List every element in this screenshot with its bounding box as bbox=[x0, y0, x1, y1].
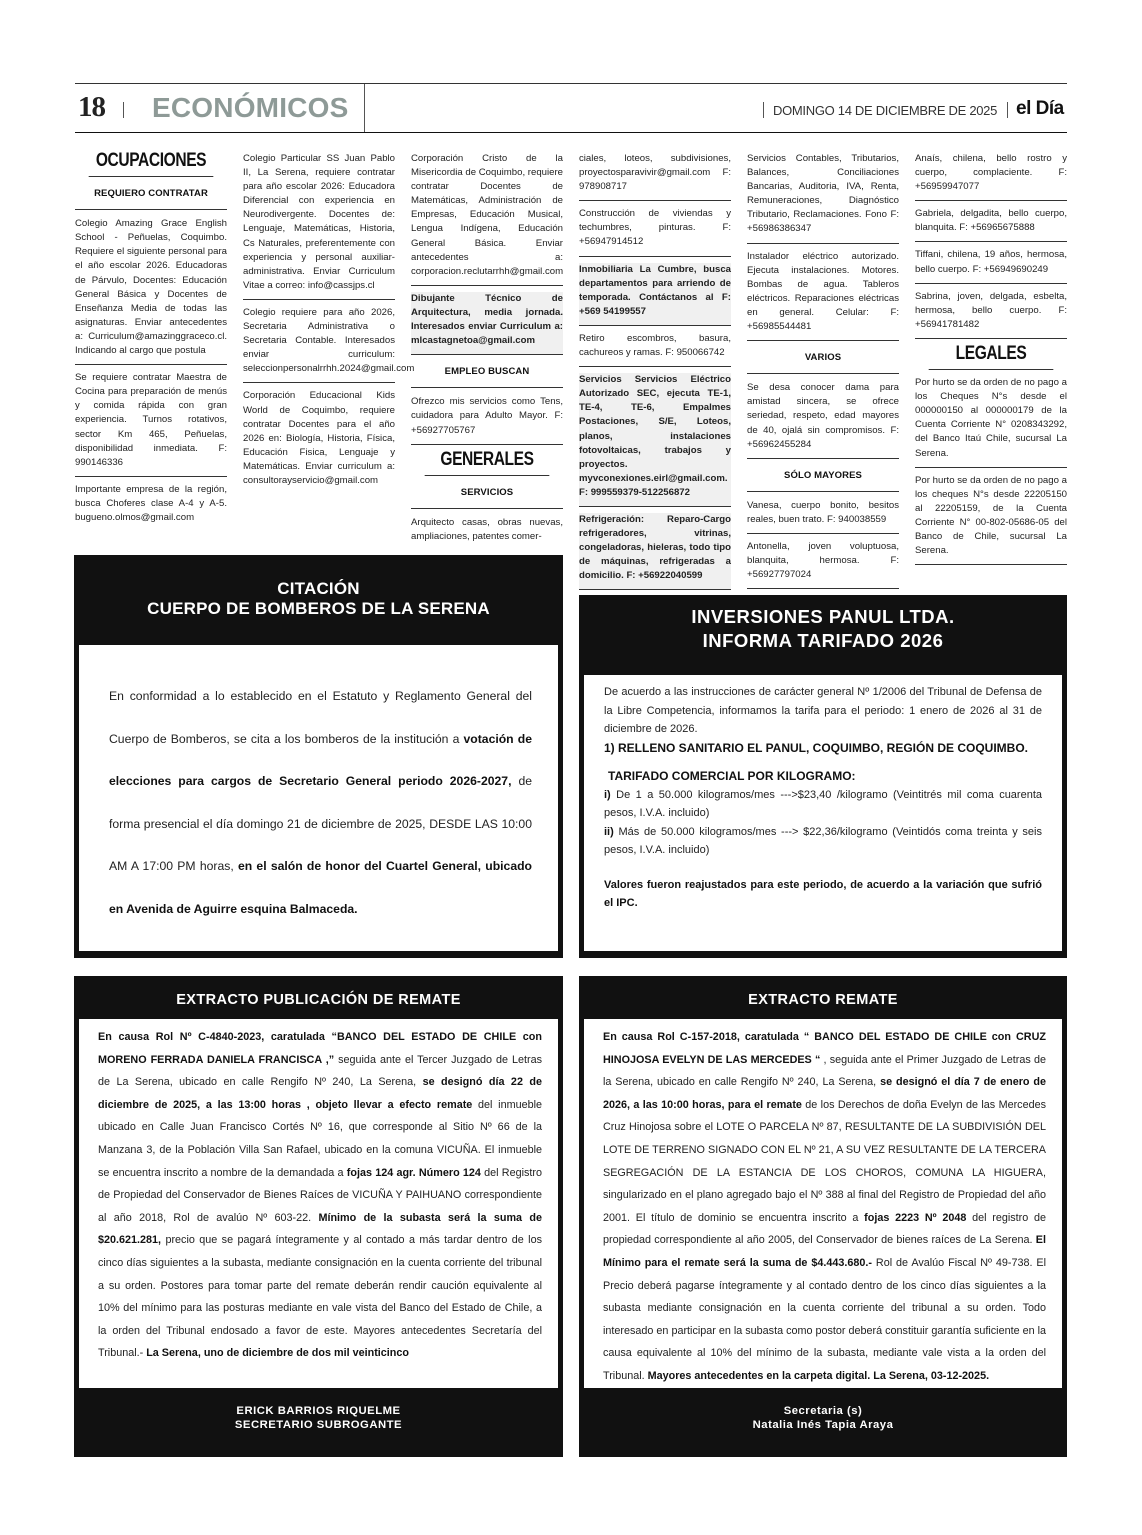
notice-title: EXTRACTO PUBLICACIÓN DE REMATE bbox=[74, 991, 563, 1009]
classified-ad: Retiro escombros, basura, cachureos y ra… bbox=[579, 332, 731, 367]
classified-ad: Se requiere contratar Maestra de Cocina … bbox=[75, 371, 227, 477]
signer-name: Natalia Inés Tapia Araya bbox=[579, 1418, 1067, 1432]
classified-ad: Instalador eléctrico autorizado. Ejecuta… bbox=[747, 250, 899, 342]
notice-text-bold: fojas 2223 Nº 2048 bbox=[864, 1212, 966, 1224]
notice-text-bold: fojas 124 agr. Número 124 bbox=[347, 1167, 481, 1179]
classified-ad: Antonella, joven voluptuosa, blanquita, … bbox=[747, 540, 899, 589]
tier-text: Más de 50.000 kilogramos/mes ---> $22,36… bbox=[604, 826, 1042, 857]
notice-text-bold: La Serena, uno de diciembre de dos mil v… bbox=[146, 1347, 409, 1359]
page-header: 18 ECONÓMICOS DOMINGO 14 DE DICIEMBRE DE… bbox=[75, 83, 1067, 133]
classified-ad: Construcción de viviendas y techumbres, … bbox=[579, 207, 731, 256]
subcategory-heading-servicios: SERVICIOS bbox=[411, 482, 563, 509]
divider bbox=[1007, 102, 1008, 118]
divider bbox=[763, 102, 764, 118]
issue-date: DOMINGO 14 DE DICIEMBRE DE 2025 bbox=[773, 103, 997, 118]
notice-footer: Valores fueron reajustados para este per… bbox=[604, 876, 1042, 913]
signer-title: Secretaria (s) bbox=[579, 1404, 1067, 1418]
notice-title-line: INVERSIONES PANUL LTDA. bbox=[579, 605, 1067, 629]
notice-text-bold: Mayores antecedentes en la carpeta digit… bbox=[648, 1370, 989, 1382]
category-heading-legales: LEGALES bbox=[929, 345, 1054, 370]
tier-text: De 1 a 50.000 kilogramos/mes --->$23,40 … bbox=[604, 789, 1042, 820]
classified-ad: Arquitecto casas, obras nuevas, ampliaci… bbox=[411, 516, 563, 550]
tariff-tier-2: ii) Más de 50.000 kilogramos/mes ---> $2… bbox=[604, 823, 1042, 860]
notice-title-line: CUERPO DE BOMBEROS DE LA SERENA bbox=[74, 599, 563, 619]
classified-ad: Por hurto se da orden de no pago a los C… bbox=[915, 376, 1067, 468]
classifieds-column-3: Corporación Cristo de la Misericordia de… bbox=[411, 152, 563, 556]
classifieds-column-4: ciales, loteos, subdivisiones, proyectos… bbox=[579, 152, 731, 596]
notice-signature: ERICK BARRIOS RIQUELME SECRETARIO SUBROG… bbox=[74, 1404, 563, 1432]
classified-ad: Tiffani, chilena, 19 años, hermosa, bell… bbox=[915, 248, 1067, 283]
classified-ad: Sabrina, joven, delgada, esbelta, hermos… bbox=[915, 290, 1067, 339]
category-heading-generales: GENERALES bbox=[425, 451, 550, 476]
section-title: ECONÓMICOS bbox=[152, 92, 348, 124]
classified-ad-highlighted: Inmobiliaria La Cumbre, busca departamen… bbox=[579, 263, 731, 326]
classified-ad: Vanesa, cuerpo bonito, besitos reales, b… bbox=[747, 499, 899, 534]
classified-ad: Gabriela, delgadita, bello cuerpo, blanq… bbox=[915, 207, 1067, 242]
notice-body: En conformidad a lo establecido en el Es… bbox=[79, 645, 558, 951]
classifieds-column-6: Anaís, chilena, bello rostro y cuerpo, c… bbox=[915, 152, 1067, 571]
notice-text: Rol de Avalúo Fiscal Nº 49-738. El Preci… bbox=[603, 1257, 1046, 1382]
notice-extracto-remate: EXTRACTO REMATE En causa Rol C-157-2018,… bbox=[579, 976, 1067, 1457]
subcategory-heading-requiero-contratar: REQUIERO CONTRATAR bbox=[75, 183, 227, 210]
signer-title: SECRETARIO SUBROGANTE bbox=[74, 1418, 563, 1432]
subcategory-heading-varios: VARIOS bbox=[747, 347, 899, 374]
notice-signature: Secretaria (s) Natalia Inés Tapia Araya bbox=[579, 1404, 1067, 1432]
classified-ad: Importante empresa de la región, busca C… bbox=[75, 483, 227, 531]
classified-ad: Por hurto se da orden de no pago a los c… bbox=[915, 474, 1067, 566]
classifieds-column-5: Servicios Contables, Tributarios, Balanc… bbox=[747, 152, 899, 595]
notice-text: de los Derechos de doña Evelyn de las Me… bbox=[603, 1099, 1046, 1224]
notice-inversiones-panul: INVERSIONES PANUL LTDA. INFORMA TARIFADO… bbox=[579, 595, 1067, 958]
signer-name: ERICK BARRIOS RIQUELME bbox=[74, 1404, 563, 1418]
classified-ad: Anaís, chilena, bello rostro y cuerpo, c… bbox=[915, 152, 1067, 201]
notice-title-line: CITACIÓN bbox=[74, 579, 563, 599]
tier-label: i) bbox=[604, 789, 611, 801]
divider bbox=[123, 102, 124, 118]
classified-ad-highlighted: Refrigeración: Reparo-Cargo refrigerador… bbox=[579, 513, 731, 590]
page-number: 18 bbox=[78, 91, 105, 124]
notice-body: En causa Rol C-157-2018, caratulada “ BA… bbox=[584, 1019, 1062, 1388]
notice-intro: De acuerdo a las instrucciones de caráct… bbox=[604, 683, 1042, 739]
classified-ad: Colegio Particular SS Juan Pablo II, La … bbox=[243, 152, 395, 300]
tier-label: ii) bbox=[604, 826, 614, 838]
notice-item-heading: 1) RELLENO SANITARIO EL PANUL, COQUIMBO,… bbox=[604, 739, 1042, 758]
divider bbox=[364, 84, 365, 132]
notice-title-line: INFORMA TARIFADO 2026 bbox=[579, 629, 1067, 653]
classified-ad: Colegio requiere para año 2026, Secretar… bbox=[243, 306, 395, 383]
category-heading-ocupaciones: OCUPACIONES bbox=[89, 152, 214, 177]
classified-ad-highlighted: Servicios Servicios Eléctrico Autorizado… bbox=[579, 373, 731, 507]
tariff-heading: TARIFADO COMERCIAL POR KILOGRAMO: bbox=[604, 767, 1042, 786]
classified-ad: Ofrezco mis servicios como Tens, cuidado… bbox=[411, 395, 563, 444]
notice-extracto-publicacion-remate: EXTRACTO PUBLICACIÓN DE REMATE En causa … bbox=[74, 976, 563, 1457]
classified-ad: ciales, loteos, subdivisiones, proyectos… bbox=[579, 152, 731, 201]
classified-ad-highlighted: Dibujante Técnico de Arquitectura, media… bbox=[411, 292, 563, 355]
classifieds-column-2: Colegio Particular SS Juan Pablo II, La … bbox=[243, 152, 395, 500]
tariff-tier-1: i) De 1 a 50.000 kilogramos/mes --->$23,… bbox=[604, 786, 1042, 823]
subcategory-heading-empleo-buscan: EMPLEO BUSCAN bbox=[411, 361, 563, 388]
classifieds-column-1: OCUPACIONES REQUIERO CONTRATAR Colegio A… bbox=[75, 152, 227, 537]
classified-ad: Corporación Cristo de la Misericordia de… bbox=[411, 152, 563, 286]
notice-body: En causa Rol Nº C-4840-2023, caratulada … bbox=[79, 1019, 558, 1388]
notice-body: De acuerdo a las instrucciones de caráct… bbox=[584, 675, 1062, 951]
notice-title: CITACIÓN CUERPO DE BOMBEROS DE LA SERENA bbox=[74, 579, 563, 619]
newspaper-logo: el Día bbox=[1016, 98, 1064, 120]
classified-ad: Colegio Amazing Grace English School - P… bbox=[75, 217, 227, 365]
notice-text: precio que se pagará íntegramente y al c… bbox=[98, 1234, 542, 1359]
notice-citacion-bomberos: CITACIÓN CUERPO DE BOMBEROS DE LA SERENA… bbox=[74, 555, 563, 958]
subcategory-heading-solo-mayores: SÓLO MAYORES bbox=[747, 465, 899, 492]
classified-ad: Servicios Contables, Tributarios, Balanc… bbox=[747, 152, 899, 244]
notice-title: INVERSIONES PANUL LTDA. INFORMA TARIFADO… bbox=[579, 605, 1067, 653]
classified-ad: Se desa conocer dama para amistad sincer… bbox=[747, 381, 899, 458]
notice-title: EXTRACTO REMATE bbox=[579, 991, 1067, 1009]
classified-ad: Corporación Educacional Kids World de Co… bbox=[243, 389, 395, 494]
